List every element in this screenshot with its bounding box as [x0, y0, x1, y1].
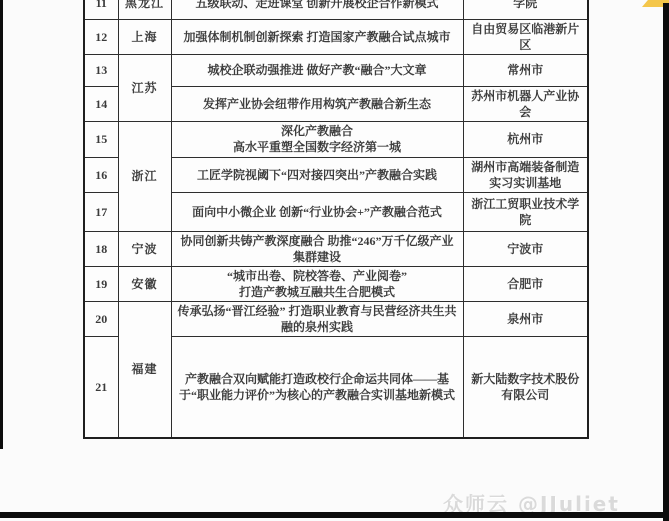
org-cell: 合肥市 — [463, 266, 588, 301]
row-number-cell: 21 — [84, 336, 118, 438]
province-cell: 福建 — [118, 301, 171, 438]
org-cell: 宁波市 — [463, 231, 588, 266]
row-number-cell: 16 — [84, 157, 118, 192]
province-cell: 江苏 — [118, 54, 171, 121]
case-title-cell: 面向中小微企业 创新“行业协会+”产教融合范式 — [171, 192, 463, 231]
table-row: 19 安徽 “城市出卷、院校答卷、产业阅卷” 打造产教城互融共生合肥模式 合肥市 — [84, 266, 588, 301]
screenshot-stage: 11 黑龙江 五级联动、走进课堂 创新开展校企合作新模式 学院 12 上海 加强… — [0, 0, 669, 521]
org-cell: 苏州市机器人产业协会 — [463, 86, 588, 121]
case-title-line1: “城市出卷、院校答卷、产业阅卷” — [177, 268, 458, 284]
case-title-cell: 产教融合双向赋能打造政校行企命运共同体——基于“职业能力评价”为核心的产教融合实… — [171, 336, 463, 438]
case-title-cell: 发挥产业协会纽带作用构筑产教融合新生态 — [171, 86, 463, 121]
case-title-cell: 加强体制机制创新探索 打造国家产教融合试点城市 — [171, 19, 463, 54]
case-title-cell: 城校企联动强推进 做好产教“融合”大文章 — [171, 54, 463, 86]
province-cell: 宁波 — [118, 231, 171, 266]
left-frame-bar — [0, 0, 3, 449]
org-cell: 学院 — [463, 0, 588, 19]
row-number-cell: 20 — [84, 301, 118, 336]
row-number-cell: 12 — [84, 19, 118, 54]
table-row: 18 宁波 协同创新共铸产教深度融合 助推“246”万千亿级产业集群建设 宁波市 — [84, 231, 588, 266]
org-cell: 浙江工贸职业技术学院 — [463, 192, 588, 231]
table-row: 13 江苏 城校企联动强推进 做好产教“融合”大文章 常州市 — [84, 54, 588, 86]
case-title-cell: 深化产教融合 高水平重塑全国数字经济第一城 — [171, 121, 463, 157]
row-number-cell: 18 — [84, 231, 118, 266]
row-number-cell: 14 — [84, 86, 118, 121]
right-frame-bar — [663, 3, 669, 521]
province-cell: 上海 — [118, 19, 171, 54]
row-number-cell: 11 — [84, 0, 118, 19]
case-title-cell: 工匠学院视阈下“四对接四突出”产教融合实践 — [171, 157, 463, 192]
case-title-line2: 高水平重塑全国数字经济第一城 — [177, 139, 458, 155]
case-title-cell: “城市出卷、院校答卷、产业阅卷” 打造产教城互融共生合肥模式 — [171, 266, 463, 301]
table-row: 20 福建 传承弘扬“晋江经验” 打造职业教育与民营经济共生共融的泉州实践 泉州… — [84, 301, 588, 336]
case-title-cell: 五级联动、走进课堂 创新开展校企合作新模式 — [171, 0, 463, 19]
org-cell: 常州市 — [463, 54, 588, 86]
row-number-cell: 15 — [84, 121, 118, 157]
cases-table: 11 黑龙江 五级联动、走进课堂 创新开展校企合作新模式 学院 12 上海 加强… — [83, 0, 589, 439]
org-cell: 杭州市 — [463, 121, 588, 157]
table-row: 12 上海 加强体制机制创新探索 打造国家产教融合试点城市 自由贸易区临港新片区 — [84, 19, 588, 54]
org-cell: 自由贸易区临港新片区 — [463, 19, 588, 54]
bottom-frame-bar — [0, 512, 669, 518]
org-cell: 泉州市 — [463, 301, 588, 336]
org-cell: 新大陆数字技术股份有限公司 — [463, 336, 588, 438]
row-number-cell: 13 — [84, 54, 118, 86]
row-number-cell: 17 — [84, 192, 118, 231]
province-cell: 黑龙江 — [118, 0, 171, 19]
table-row: 11 黑龙江 五级联动、走进课堂 创新开展校企合作新模式 学院 — [84, 0, 588, 19]
province-cell: 安徽 — [118, 266, 171, 301]
org-cell: 湖州市高端装备制造实习实训基地 — [463, 157, 588, 192]
case-title-line2: 打造产教城互融共生合肥模式 — [177, 284, 458, 300]
table-row: 15 浙江 深化产教融合 高水平重塑全国数字经济第一城 杭州市 — [84, 121, 588, 157]
case-title-line1: 深化产教融合 — [177, 123, 458, 139]
case-title-cell: 协同创新共铸产教深度融合 助推“246”万千亿级产业集群建设 — [171, 231, 463, 266]
row-number-cell: 19 — [84, 266, 118, 301]
province-cell: 浙江 — [118, 121, 171, 231]
case-title-cell: 传承弘扬“晋江经验” 打造职业教育与民营经济共生共融的泉州实践 — [171, 301, 463, 336]
